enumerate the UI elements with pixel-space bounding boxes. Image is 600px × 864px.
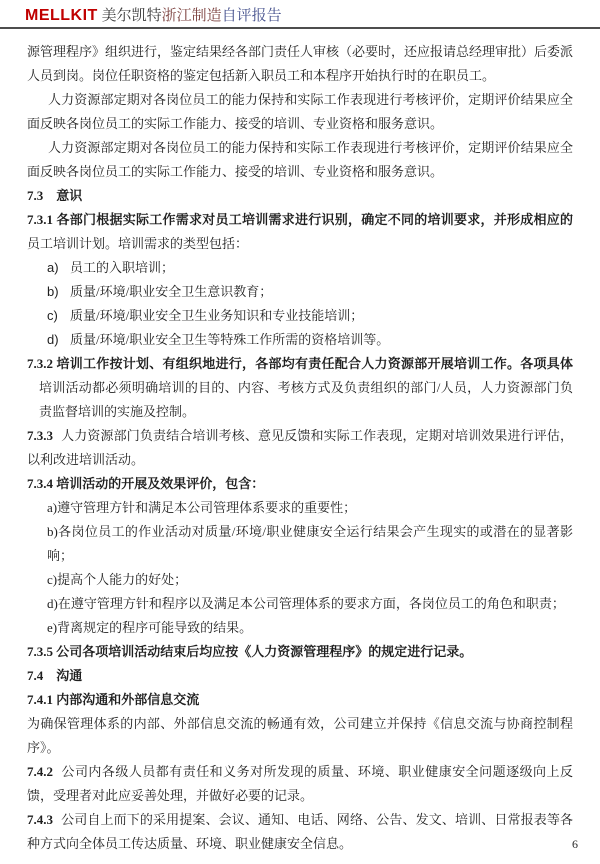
section-7-4-3: 7.4.3公司自上而下的采用提案、会议、通知、电话、网络、公告、发文、培训、日常… — [27, 808, 573, 856]
list-item-text: 员工的入职培训； — [70, 260, 174, 275]
brand-logo-text: MELLKIT — [25, 7, 98, 24]
section-7-4-3-text: 公司自上而下的采用提案、会议、通知、电话、网络、公告、发文、培训、日常报表等各种… — [27, 812, 573, 851]
list-item-text: 质量/环境/职业安全卫生等特殊工作所需的资格培训等。 — [70, 332, 389, 347]
paragraph-hr-evaluation-2: 人力资源部定期对各岗位员工的能力保持和实际工作表现进行考核评价，定期评价结果应全… — [27, 136, 573, 184]
list-item-text: 质量/环境/职业安全卫生意识教育； — [70, 284, 272, 299]
header-divider — [0, 27, 600, 29]
list-item-text: 质量/环境/职业安全卫生业务知识和专业技能培训； — [70, 308, 363, 323]
section-7-3-5: 7.3.5 公司各项培训活动结束后均应按《人力资源管理程序》的规定进行记录。 — [27, 640, 573, 664]
list-item: b)各岗位员工的作业活动对质量/环境/职业健康安全运行结果会产生现实的或潜在的显… — [27, 520, 573, 568]
paragraph-hr-evaluation-1: 人力资源部定期对各岗位员工的能力保持和实际工作表现进行考核评价，定期评价结果应全… — [27, 88, 573, 136]
section-7-3-1: 7.3.1 各部门根据实际工作需求对员工培训需求进行识别，确定不同的培训要求，并… — [27, 208, 573, 256]
header-doc-title-part1: 浙江制造 — [162, 8, 222, 24]
section-7-3-3: 7.3.3人力资源部门负责结合培训考核、意见反馈和实际工作表现，定期对培训效果进… — [27, 424, 573, 472]
header-doc-title-part2: 自评报告 — [222, 8, 282, 24]
training-evaluation-list: a)遵守管理方针和满足本公司管理体系要求的重要性； b)各岗位员工的作业活动对质… — [27, 496, 573, 640]
section-7-3-3-number: 7.3.3 — [27, 428, 53, 443]
list-item: a)员工的入职培训； — [27, 256, 573, 280]
list-item: e)背离规定的程序可能导致的结果。 — [27, 616, 573, 640]
document-body: 源管理程序》组织进行，鉴定结果经各部门责任人审核（必要时，还应报请总经理审批）后… — [27, 40, 573, 856]
section-7-3-2: 7.3.2 培训工作按计划、有组织地进行，各部均有责任配合人力资源部开展培训工作… — [27, 352, 573, 424]
paragraph-continuation: 源管理程序》组织进行，鉴定结果经各部门责任人审核（必要时，还应报请总经理审批）后… — [27, 40, 573, 88]
section-7-4-2-number: 7.4.2 — [27, 764, 53, 779]
list-marker: b) — [47, 280, 70, 304]
section-heading-7-4-1: 7.4.1 内部沟通和外部信息交流 — [27, 688, 573, 712]
list-marker: d) — [47, 328, 70, 352]
section-7-4-3-number: 7.4.3 — [27, 812, 53, 827]
section-7-3-2-rest-text: 培训活动都必须明确培训的目的、内容、考核方式及负责组织的部门/人员，人力资源部门… — [39, 380, 573, 419]
training-needs-list: a)员工的入职培训； b)质量/环境/职业安全卫生意识教育； c)质量/环境/职… — [27, 256, 573, 352]
list-marker: c) — [47, 304, 70, 328]
section-7-4-1-paragraph: 为确保管理体系的内部、外部信息交流的畅通有效，公司建立并保持《信息交流与协商控制… — [27, 712, 573, 760]
section-7-4-2: 7.4.2公司内各级人员都有责任和义务对所发现的质量、环境、职业健康安全问题逐级… — [27, 760, 573, 808]
page-header: MELLKIT 美尔凯特浙江制造自评报告 — [25, 6, 575, 26]
header-company-name: 美尔凯特 — [98, 8, 162, 24]
section-7-3-1-rest-text: 员工培训计划。培训需求的类型包括： — [27, 236, 248, 251]
section-7-3-3-text: 人力资源部门负责结合培训考核、意见反馈和实际工作表现，定期对培训效果进行评估，以… — [27, 428, 573, 467]
section-7-3-2-bold-text: 7.3.2 培训工作按计划、有组织地进行，各部均有责任配合人力资源部开展培训工作… — [27, 356, 573, 371]
list-item: d)在遵守管理方针和程序以及满足本公司管理体系的要求方面，各岗位员工的角色和职责… — [27, 592, 573, 616]
section-heading-7-3: 7.3 意识 — [27, 184, 573, 208]
document-page: MELLKIT 美尔凯特浙江制造自评报告 源管理程序》组织进行，鉴定结果经各部门… — [0, 0, 600, 864]
section-7-3-1-bold-text: 7.3.1 各部门根据实际工作需求对员工培训需求进行识别，确定不同的培训要求，并… — [27, 212, 573, 227]
section-heading-7-4: 7.4 沟通 — [27, 664, 573, 688]
section-heading-7-3-4: 7.3.4 培训活动的开展及效果评价，包含： — [27, 472, 573, 496]
list-item: d)质量/环境/职业安全卫生等特殊工作所需的资格培训等。 — [27, 328, 573, 352]
list-item: b)质量/环境/职业安全卫生意识教育； — [27, 280, 573, 304]
list-item: a)遵守管理方针和满足本公司管理体系要求的重要性； — [27, 496, 573, 520]
list-item: c)提高个人能力的好处； — [27, 568, 573, 592]
list-item: c)质量/环境/职业安全卫生业务知识和专业技能培训； — [27, 304, 573, 328]
page-number: 6 — [572, 837, 578, 852]
list-marker: a) — [47, 256, 70, 280]
section-7-4-2-text: 公司内各级人员都有责任和义务对所发现的质量、环境、职业健康安全问题逐级向上反馈，… — [27, 764, 573, 803]
